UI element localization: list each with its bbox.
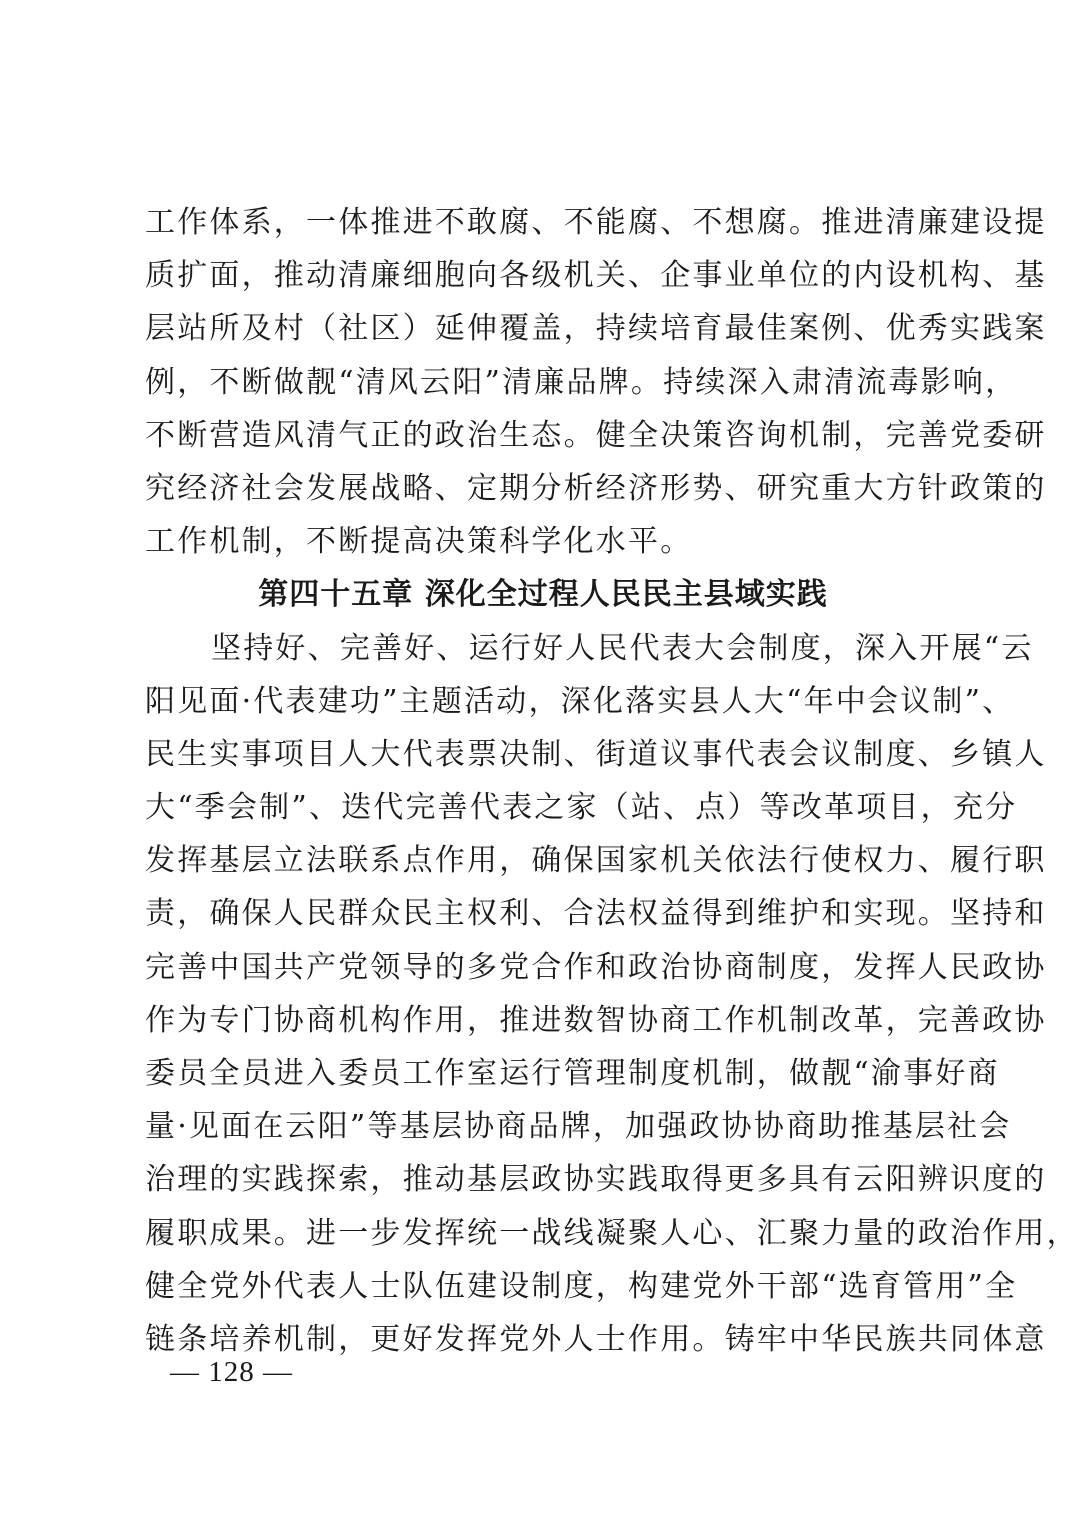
text-line: 质扩面，推动清廉细胞向各级机关、企事业单位的内设机构、基 — [145, 249, 941, 302]
page-number: — 128 — — [170, 1356, 293, 1389]
text-line: 治理的实践探索，推动基层政协实践取得更多具有云阳辨识度的 — [145, 1153, 941, 1206]
text-line: 大“季会制”、迭代完善代表之家（站、点）等改革项目，充分 — [145, 781, 941, 834]
text-line: 坚持好、完善好、运行好人民代表大会制度，深入开展“云 — [145, 622, 941, 675]
text-line: 履职成果。进一步发挥统一战线凝聚人心、汇聚力量的政治作用， — [145, 1207, 941, 1260]
text-line: 例，不断做靓“清风云阳”清廉品牌。持续深入肃清流毒影响， — [145, 356, 941, 409]
text-line: 民生实事项目人大代表票决制、街道议事代表会议制度、乡镇人 — [145, 728, 941, 781]
text-line: 责，确保人民群众民主权利、合法权益得到维护和实现。坚持和 — [145, 887, 941, 940]
document-page: 工作体系，一体推进不敢腐、不能腐、不想腐。推进清廉建设提 质扩面，推动清廉细胞向… — [145, 196, 945, 1366]
text-line: 量·见面在云阳”等基层协商品牌，加强政协协商助推基层社会 — [145, 1100, 941, 1153]
text-line: 作为专门协商机构作用，推进数智协商工作机制改革，完善政协 — [145, 994, 941, 1047]
text-line: 健全党外代表人士队伍建设制度，构建党外干部“选育管用”全 — [145, 1260, 941, 1313]
chapter-heading: 第四十五章 深化全过程人民民主县域实践 — [145, 568, 941, 621]
text-line: 不断营造风清气正的政治生态。健全决策咨询机制，完善党委研 — [145, 409, 941, 462]
text-line: 完善中国共产党领导的多党合作和政治协商制度，发挥人民政协 — [145, 941, 941, 994]
text-line: 阳见面·代表建功”主题活动，深化落实县人大“年中会议制”、 — [145, 675, 941, 728]
text-line: 发挥基层立法联系点作用，确保国家机关依法行使权力、履行职 — [145, 834, 941, 887]
text-line: 委员全员进入委员工作室运行管理制度机制，做靓“渝事好商 — [145, 1047, 941, 1100]
text-line: 究经济社会发展战略、定期分析经济形势、研究重大方针政策的 — [145, 462, 941, 515]
text-line: 层站所及村（社区）延伸覆盖，持续培育最佳案例、优秀实践案 — [145, 302, 941, 355]
paragraph-1: 工作体系，一体推进不敢腐、不能腐、不想腐。推进清廉建设提 质扩面，推动清廉细胞向… — [145, 196, 945, 568]
text-line: 工作体系，一体推进不敢腐、不能腐、不想腐。推进清廉建设提 — [145, 196, 941, 249]
text-line: 工作机制，不断提高决策科学化水平。 — [145, 515, 941, 568]
paragraph-2: 坚持好、完善好、运行好人民代表大会制度，深入开展“云 阳见面·代表建功”主题活动… — [145, 622, 945, 1367]
